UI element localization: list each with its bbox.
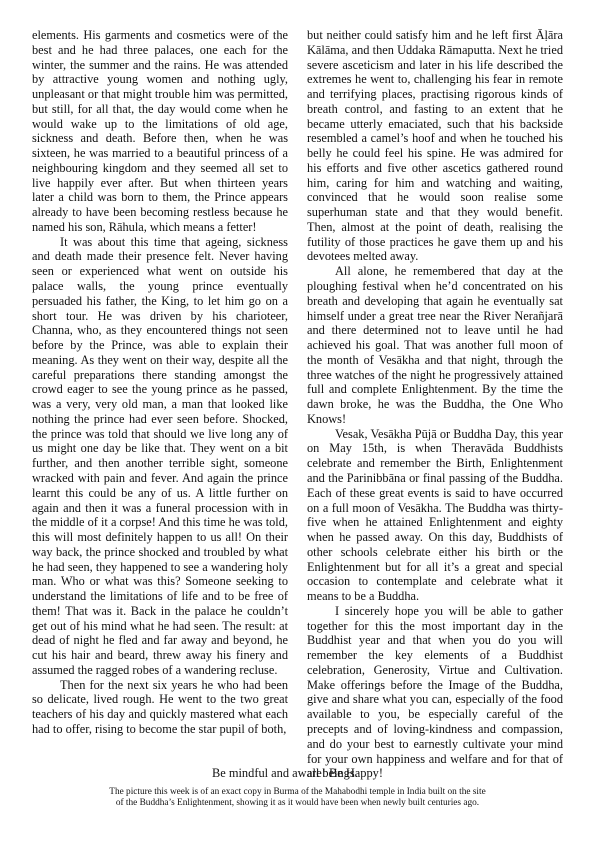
paragraph: Vesak, Vesākha Pūjā or Buddha Day, this … — [307, 427, 563, 604]
left-column: elements. His garments and cosmetics wer… — [32, 28, 288, 737]
paragraph: I sincerely hope you will be able to gat… — [307, 604, 563, 781]
paragraph: All alone, he remembered that day at the… — [307, 264, 563, 426]
paragraph: but neither could satisfy him and he lef… — [307, 28, 563, 264]
closing-motto: Be mindful and aware! Be Happy! — [0, 766, 595, 781]
paragraph: Then for the next six years he who had b… — [32, 678, 288, 737]
caption-line: of the Buddha’s Enlightenment, showing i… — [60, 798, 535, 809]
picture-caption: The picture this week is of an exact cop… — [60, 787, 535, 809]
paragraph: It was about this time that ageing, sick… — [32, 235, 288, 678]
paragraph: elements. His garments and cosmetics wer… — [32, 28, 288, 235]
document-page: elements. His garments and cosmetics wer… — [0, 0, 595, 842]
caption-line: The picture this week is of an exact cop… — [60, 787, 535, 798]
right-column: but neither could satisfy him and he lef… — [307, 28, 563, 781]
